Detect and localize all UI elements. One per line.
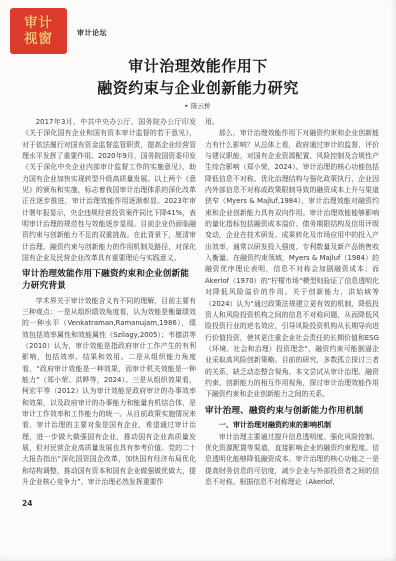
mechanism-overview-paragraph: 那么，审计治理效能作用下对融资约束和企业创新能力有什么影响？从总体上看，政府通过… xyxy=(205,128,379,400)
article-title: 审计治理效能作用下 融资约束与企业创新能力研究 xyxy=(0,56,396,100)
carryover-text: 用。 xyxy=(205,117,379,128)
author-bullet-icon: ▸ xyxy=(185,103,188,109)
article-title-line1: 审计治理效能作用下 xyxy=(0,56,396,78)
badge-line2: 视窗 xyxy=(24,31,53,47)
intro-paragraph: 2017年3月，中共中央办公厅、国务院办公厅印发《关于深化国有企业和国有资本审计… xyxy=(22,117,196,264)
financing-constraints-paragraph: 审计治理主要通过提升信息透明度、强化风险控制、优化资源配置等渠道，直接影响企业的… xyxy=(205,432,379,489)
page-number: 24 xyxy=(22,499,32,508)
left-column: 2017年3月，中共中央办公厅、国务院办公厅印发《关于深化国有企业和国有资本审计… xyxy=(22,117,196,489)
right-column: 用。 那么，审计治理效能作用下对融资约束和企业创新能力有什么影响？从总体上看，政… xyxy=(205,117,379,489)
article-title-line2: 融资约束与企业创新能力研究 xyxy=(0,78,396,100)
journal-page: 审计 视窗 审计论坛 审计治理效能作用下 融资约束与企业创新能力研究 ▸陈云桥 … xyxy=(0,0,396,561)
background-paragraph: 学术界关于审计效能含义有不同的理解，目前主要有三种观点：一是从组织绩效角度看，认… xyxy=(22,296,196,489)
subsection-heading-financing-constraints: 一、审计治理对融资约束的影响机制 xyxy=(205,420,379,431)
author-name: 陈云桥 xyxy=(191,102,211,110)
body-columns: 2017年3月，中共中央办公厅、国务院办公厅印发《关于深化国有企业和国有资本审计… xyxy=(22,117,379,489)
badge-line1: 审计 xyxy=(24,15,53,31)
section-heading-mechanism: 审计治理、融资约束与创新能力作用机制 xyxy=(205,406,379,418)
journal-brand-badge: 审计 视窗 xyxy=(10,8,67,54)
section-label: 审计论坛 xyxy=(77,28,107,38)
section-heading-research-background: 审计治理效能作用下融资约束和企业创新能力研究背景 xyxy=(22,269,196,292)
author-line: ▸陈云桥 xyxy=(0,101,396,110)
